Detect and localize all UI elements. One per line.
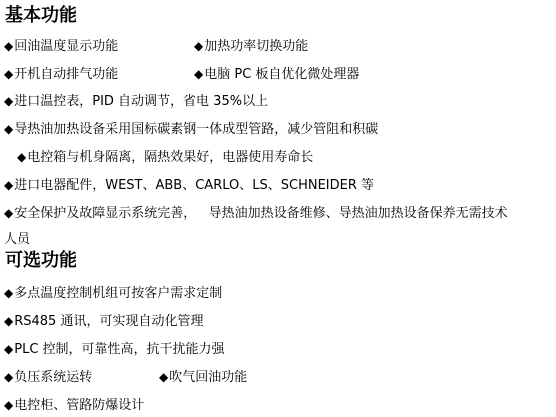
feature-line-wrap: 人员 xyxy=(4,232,30,248)
feature-line: ◆电控箱与机身隔离，隔热效果好，电器使用寿命长 xyxy=(17,149,313,166)
bullet-diamond-icon: ◆ xyxy=(4,314,13,328)
bullet-diamond-icon: ◆ xyxy=(159,370,168,384)
bullet-diamond-icon: ◆ xyxy=(4,94,13,108)
feature-line: ◆安全保护及故障显示系统完善， 导热油加热设备维修、导热油加热设备保养无需技术 xyxy=(4,205,508,222)
bullet-diamond-icon: ◆ xyxy=(4,286,13,300)
bullet-diamond-icon: ◆ xyxy=(4,122,13,136)
bullet-diamond-icon: ◆ xyxy=(4,178,13,192)
feature-line: ◆回油温度显示功能 ◆加热功率切换功能 xyxy=(4,38,118,55)
feature-line: ◆多点温度控制机组可按客户需求定制 xyxy=(4,285,222,302)
feature-line: ◆PLC 控制，可靠性高，抗干扰能力强 xyxy=(4,341,225,358)
bullet-diamond-icon: ◆ xyxy=(4,398,13,412)
feature-line: ◆导热油加热设备采用国标碳素钢一体成型管路，减少管阻和积碳 xyxy=(4,121,378,138)
bullet-diamond-icon: ◆ xyxy=(4,39,13,53)
bullet-diamond-icon: ◆ xyxy=(4,206,13,220)
feature-line: ◆进口温控表，PID 自动调节，省电 35%以上 xyxy=(4,93,268,110)
feature-line: ◆电控柜、管路防爆设计 xyxy=(4,397,144,414)
bullet-diamond-icon: ◆ xyxy=(194,39,203,53)
bullet-diamond-icon: ◆ xyxy=(4,370,13,384)
bullet-diamond-icon: ◆ xyxy=(4,67,13,81)
bullet-diamond-icon: ◆ xyxy=(194,67,203,81)
feature-line: ◆进口电器配件，WEST、ABB、CARLO、LS、SCHNEIDER 等 xyxy=(4,177,374,194)
feature-line: ◆负压系统运转 ◆吹气回油功能 xyxy=(4,369,92,386)
section-basic-title: 基本功能 xyxy=(5,5,77,27)
section-optional-title: 可选功能 xyxy=(5,250,77,272)
bullet-diamond-icon: ◆ xyxy=(4,342,13,356)
bullet-diamond-icon: ◆ xyxy=(17,150,26,164)
feature-line: ◆RS485 通讯，可实现自动化管理 xyxy=(4,313,203,330)
feature-line: ◆开机自动排气功能 ◆电脑 PC 板自优化微处理器 xyxy=(4,66,118,83)
